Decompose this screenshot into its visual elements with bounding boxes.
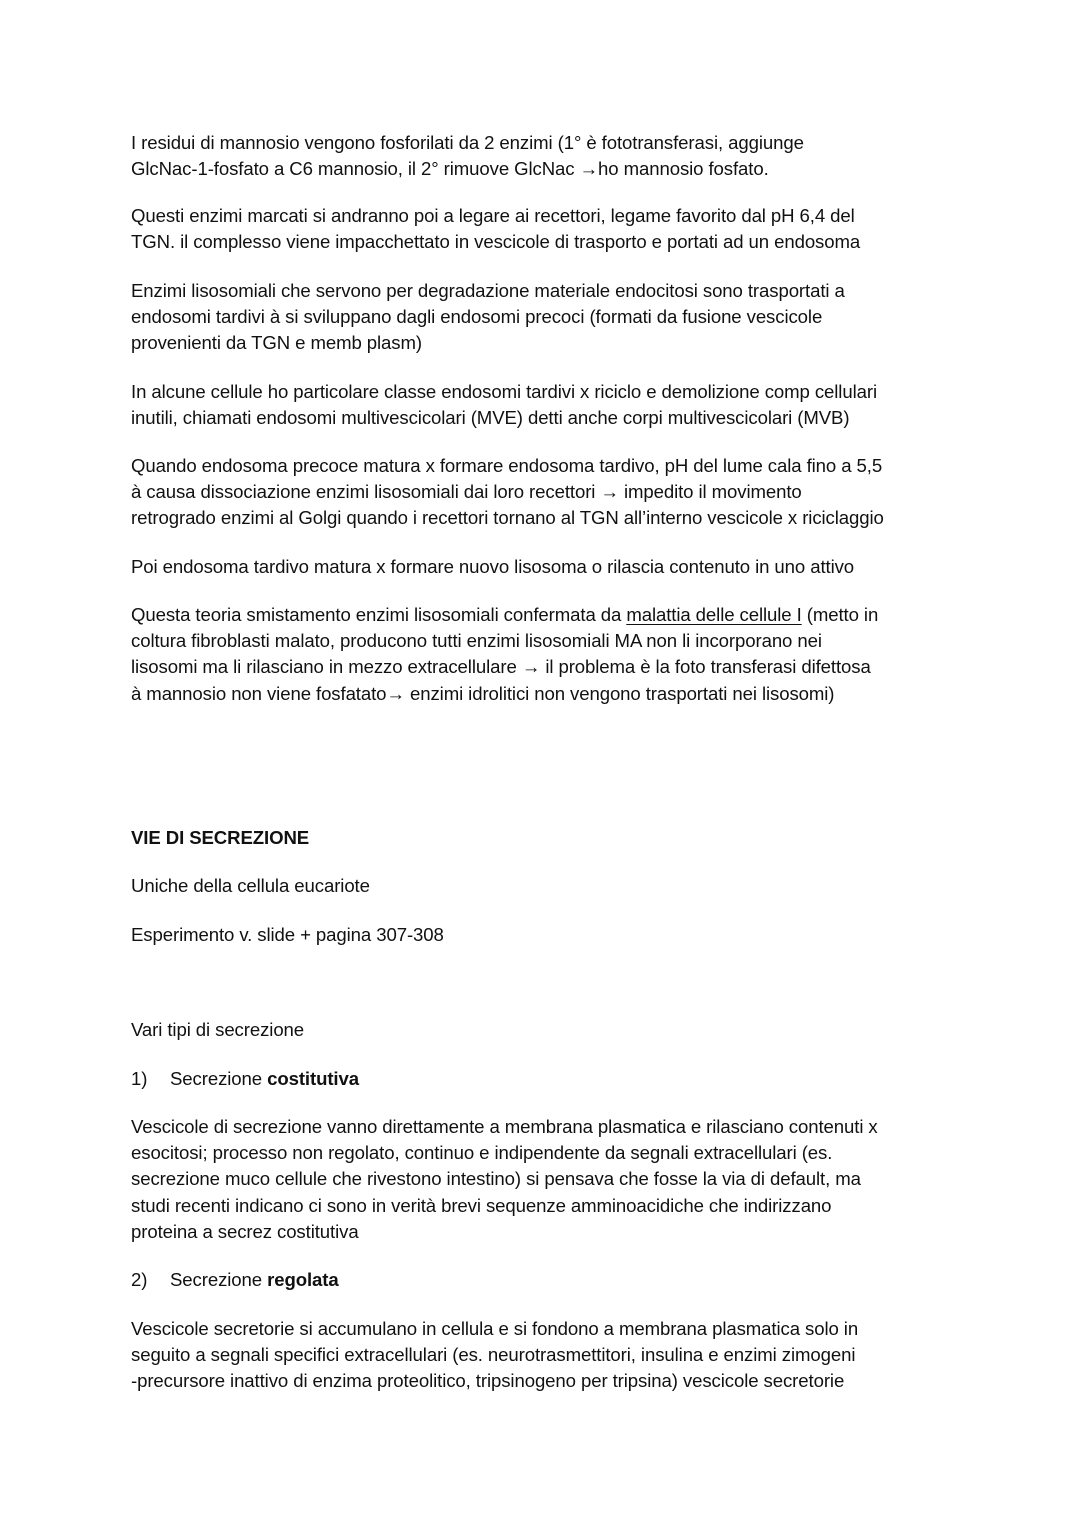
text-line: à causa dissociazione enzimi lisosomiali… xyxy=(131,479,961,505)
text-line: Questi enzimi marcati si andranno poi a … xyxy=(131,203,961,229)
text-line: Questa teoria smistamento enzimi lisosom… xyxy=(131,602,961,628)
list-label-bold: costitutiva xyxy=(267,1068,359,1089)
text-line: Poi endosoma tardivo matura x formare nu… xyxy=(131,554,961,580)
paragraph-multivesicular-endosomes: In alcune cellule ho particolare classe … xyxy=(131,379,961,431)
list-label: Secrezione xyxy=(170,1269,267,1290)
text-line: studi recenti indicano ci sono in verità… xyxy=(131,1193,961,1219)
list-number: 1) xyxy=(131,1066,170,1092)
text-line: inutili, chiamati endosomi multivescicol… xyxy=(131,405,961,431)
text-line: endosomi tardivi à si sviluppano dagli e… xyxy=(131,304,961,330)
paragraph-regulated-secretion: Vescicole secretorie si accumulano in ce… xyxy=(131,1316,961,1395)
text-line: secrezione muco cellule che rivestono in… xyxy=(131,1166,961,1192)
list-item-regulated: 2)Secrezione regolata xyxy=(131,1267,961,1293)
text-line: Quando endosoma precoce matura x formare… xyxy=(131,453,961,479)
text-line: lisosomi ma li rilasciano in mezzo extra… xyxy=(131,654,961,680)
list-label-bold: regolata xyxy=(267,1269,339,1290)
underlined-term: malattia delle cellule I xyxy=(626,604,801,625)
paragraph-constitutive-secretion: Vescicole di secrezione vanno direttamen… xyxy=(131,1114,961,1245)
text-line: esocitosi; processo non regolato, contin… xyxy=(131,1140,961,1166)
text-line: provenienti da TGN e memb plasm) xyxy=(131,330,961,356)
paragraph-endosome-maturation: Quando endosoma precoce matura x formare… xyxy=(131,453,961,532)
text-line: In alcune cellule ho particolare classe … xyxy=(131,379,961,405)
text-line: à mannosio non viene fosfatato→ enzimi i… xyxy=(131,681,961,707)
paragraph-mannose-phosphorylation: I residui di mannosio vengono fosforilat… xyxy=(131,130,961,182)
text-line: Vescicole secretorie si accumulano in ce… xyxy=(131,1316,961,1342)
section-reference: Esperimento v. slide + pagina 307-308 xyxy=(131,922,961,948)
text-line: Vescicole di secrezione vanno direttamen… xyxy=(131,1114,961,1140)
section-heading: VIE DI SECREZIONE xyxy=(131,825,961,851)
list-label: Secrezione xyxy=(170,1068,267,1089)
text-line: GlcNac-1-fosfato a C6 mannosio, il 2° ri… xyxy=(131,156,961,182)
section-intro: Uniche della cellula eucariote xyxy=(131,873,961,899)
text-line: proteina a secrez costitutiva xyxy=(131,1219,961,1245)
paragraph-i-cell-disease: Questa teoria smistamento enzimi lisosom… xyxy=(131,602,961,707)
text-line: retrogrado enzimi al Golgi quando i rece… xyxy=(131,505,961,531)
text-line: TGN. il complesso viene impacchettato in… xyxy=(131,229,961,255)
paragraph-late-endosome: Poi endosoma tardivo matura x formare nu… xyxy=(131,554,961,580)
text-fragment: Questa teoria smistamento enzimi lisosom… xyxy=(131,604,626,625)
secretion-types-intro: Vari tipi di secrezione xyxy=(131,1017,961,1043)
text-line: seguito a segnali specifici extracellula… xyxy=(131,1342,961,1368)
text-line: -precursore inattivo di enzima proteolit… xyxy=(131,1368,961,1394)
list-item-constitutive: 1)Secrezione costitutiva xyxy=(131,1066,961,1092)
paragraph-lysosomal-enzymes: Enzimi lisosomiali che servono per degra… xyxy=(131,278,961,357)
text-line: coltura fibroblasti malato, producono tu… xyxy=(131,628,961,654)
text-line: Enzimi lisosomiali che servono per degra… xyxy=(131,278,961,304)
list-number: 2) xyxy=(131,1267,170,1293)
text-line: I residui di mannosio vengono fosforilat… xyxy=(131,130,961,156)
paragraph-receptor-binding: Questi enzimi marcati si andranno poi a … xyxy=(131,203,961,255)
text-fragment: (metto in xyxy=(802,604,879,625)
